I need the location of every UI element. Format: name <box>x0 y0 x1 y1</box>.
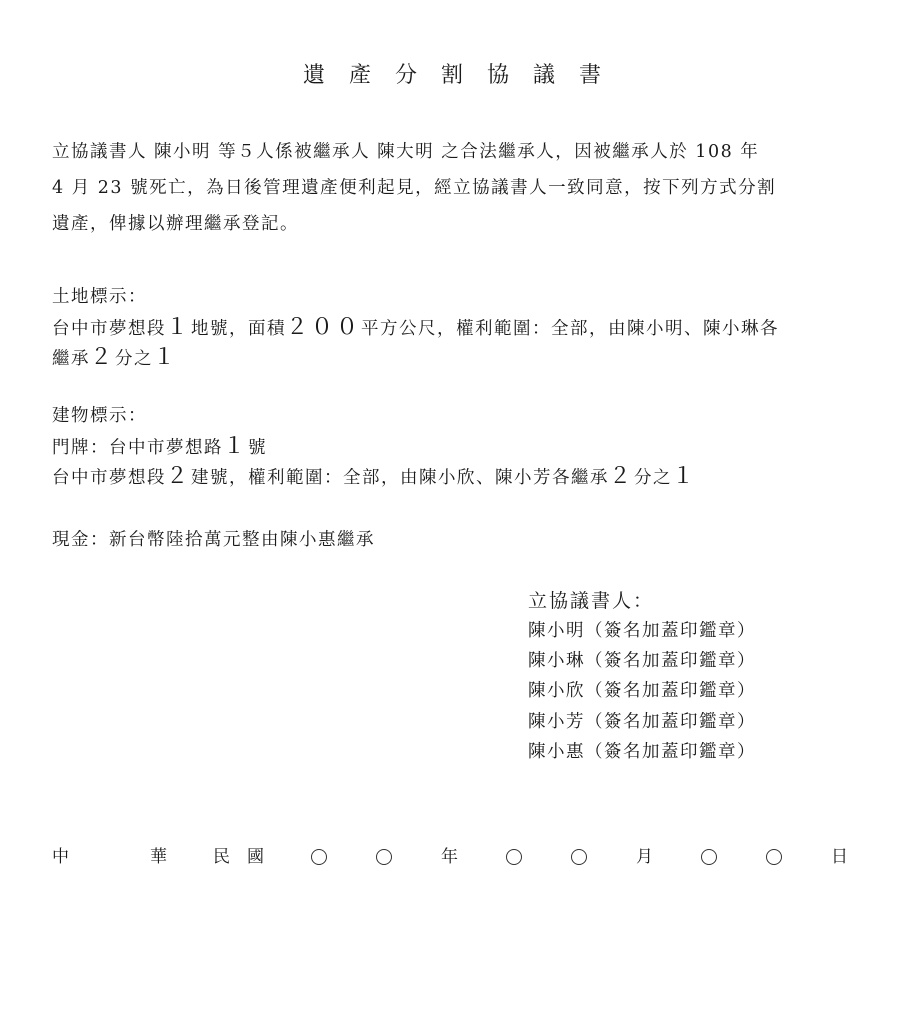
intro-line-3: 遺產，俾據以辦理繼承登記。 <box>52 206 852 242</box>
intro-line-1: 立協議書人 陳小明 等５人係被繼承人 陳大明 之合法繼承人，因被繼承人於 108… <box>52 134 852 170</box>
cash-line: 現金：新台幣陸拾萬元整由陳小惠繼承 <box>52 525 852 556</box>
date-char: 民 <box>213 843 230 871</box>
building-text: 門牌：台中市夢想路 <box>52 438 223 458</box>
building-line: 台中市夢想段２建號，權利範圍：全部，由陳小欣、陳小芳各繼承２分之１ <box>52 462 852 493</box>
date-char: 國 <box>247 843 264 871</box>
cash-section: 現金：新台幣陸拾萬元整由陳小惠繼承 <box>52 525 852 556</box>
building-text: 號 <box>248 438 267 458</box>
land-heading: 土地標示： <box>52 282 852 313</box>
document-title: 遺產分割協議書 <box>0 60 904 92</box>
land-number: １ <box>166 315 191 340</box>
signers-heading: 立協議書人： <box>528 586 756 616</box>
date-char-day: 日 <box>831 843 848 871</box>
date-char-year: 年 <box>441 843 458 871</box>
date-char-month: 月 <box>636 843 653 871</box>
land-text: 平方公尺，權利範圍：全部，由陳小明、陳小琳各 <box>361 319 779 339</box>
intro-line-2: 4 月 23 號死亡，為日後管理遺產便利起見，經立協議書人一致同意，按下列方式分… <box>52 170 852 206</box>
land-area: ２００ <box>286 315 361 340</box>
building-number: ２ <box>166 464 191 489</box>
signer-row: 陳小琳（簽名加蓋印鑑章） <box>528 646 756 676</box>
building-text: 台中市夢想段 <box>52 468 166 488</box>
blank-circle-icon <box>506 849 522 865</box>
land-share-numerator: １ <box>153 345 178 370</box>
land-text: 分之 <box>115 349 153 369</box>
date-char: 中 <box>52 843 69 871</box>
signer-row: 陳小明（簽名加蓋印鑑章） <box>528 616 756 646</box>
signer-row: 陳小惠（簽名加蓋印鑑章） <box>528 737 756 767</box>
blank-circle-icon <box>766 849 782 865</box>
building-heading: 建物標示： <box>52 401 852 432</box>
blank-circle-icon <box>376 849 392 865</box>
blank-circle-icon <box>701 849 717 865</box>
blank-circle-icon <box>311 849 327 865</box>
land-share-denominator: ２ <box>90 345 115 370</box>
land-text: 台中市夢想段 <box>52 319 166 339</box>
land-line-1: 台中市夢想段１地號，面積２００平方公尺，權利範圍：全部，由陳小明、陳小琳各 <box>52 313 852 344</box>
building-text: 分之 <box>634 468 672 488</box>
intro-paragraph: 立協議書人 陳小明 等５人係被繼承人 陳大明 之合法繼承人，因被繼承人於 108… <box>52 134 852 242</box>
land-line-2: 繼承２分之１ <box>52 343 852 374</box>
blank-circle-icon <box>571 849 587 865</box>
building-section: 建物標示： 門牌：台中市夢想路１號 台中市夢想段２建號，權利範圍：全部，由陳小欣… <box>52 401 852 493</box>
date-char: 華 <box>150 843 167 871</box>
signers-block: 立協議書人： 陳小明（簽名加蓋印鑑章） 陳小琳（簽名加蓋印鑑章） 陳小欣（簽名加… <box>528 586 756 767</box>
land-section: 土地標示： 台中市夢想段１地號，面積２００平方公尺，權利範圍：全部，由陳小明、陳… <box>52 282 852 374</box>
door-number: １ <box>223 434 248 459</box>
signer-row: 陳小欣（簽名加蓋印鑑章） <box>528 676 756 706</box>
date-line: 中 華 民 國 年 月 日 <box>0 843 904 873</box>
land-text: 地號，面積 <box>191 319 286 339</box>
building-door-line: 門牌：台中市夢想路１號 <box>52 432 852 463</box>
signer-row: 陳小芳（簽名加蓋印鑑章） <box>528 707 756 737</box>
building-share-denominator: ２ <box>609 464 634 489</box>
building-share-numerator: １ <box>672 464 697 489</box>
land-text: 繼承 <box>52 349 90 369</box>
building-text: 建號，權利範圍：全部，由陳小欣、陳小芳各繼承 <box>191 468 609 488</box>
